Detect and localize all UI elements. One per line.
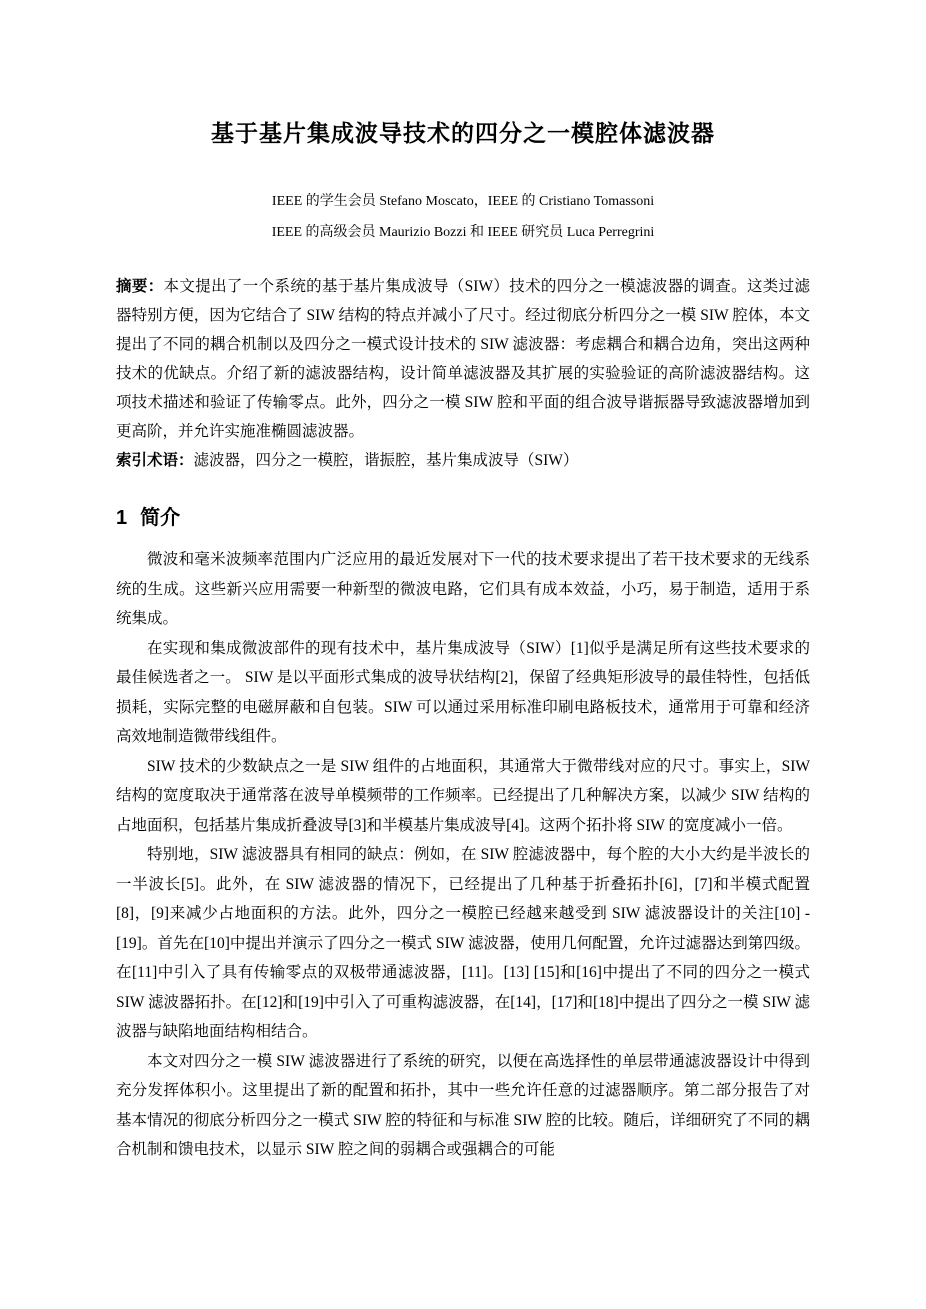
section-1-heading: 1简介 <box>116 505 810 531</box>
section-title: 简介 <box>140 507 180 529</box>
index-terms-text: 滤波器，四分之一模腔，谐振腔，基片集成波导（SIW） <box>194 452 579 469</box>
abstract-block: 摘要：本文提出了一个系统的基于基片集成波导（SIW）技术的四分之一模滤波器的调查… <box>116 272 810 475</box>
abstract-paragraph: 摘要：本文提出了一个系统的基于基片集成波导（SIW）技术的四分之一模滤波器的调查… <box>116 272 810 446</box>
body-paragraph-1: 微波和毫米波频率范围内广泛应用的最近发展对下一代的技术要求提出了若干技术要求的无… <box>116 545 810 634</box>
introduction-body: 微波和毫米波频率范围内广泛应用的最近发展对下一代的技术要求提出了若干技术要求的无… <box>116 545 810 1165</box>
author-block: IEEE 的学生会员 Stefano Moscato，IEEE 的 Cristi… <box>116 186 810 248</box>
body-paragraph-2: 在实现和集成微波部件的现有技术中，基片集成波导（SIW）[1]似乎是满足所有这些… <box>116 634 810 752</box>
author-line-1: IEEE 的学生会员 Stefano Moscato，IEEE 的 Cristi… <box>116 186 810 217</box>
body-paragraph-3: SIW 技术的少数缺点之一是 SIW 组件的占地面积，其通常大于微带线对应的尺寸… <box>116 752 810 841</box>
index-terms-label: 索引术语： <box>116 452 194 469</box>
abstract-text: 本文提出了一个系统的基于基片集成波导（SIW）技术的四分之一模滤波器的调查。这类… <box>116 278 810 440</box>
author-line-2: IEEE 的高级会员 Maurizio Bozzi 和 IEEE 研究员 Luc… <box>116 217 810 248</box>
paper-title: 基于基片集成波导技术的四分之一模腔体滤波器 <box>116 118 810 148</box>
document-page: 基于基片集成波导技术的四分之一模腔体滤波器 IEEE 的学生会员 Stefano… <box>0 0 926 1309</box>
index-terms-line: 索引术语：滤波器，四分之一模腔，谐振腔，基片集成波导（SIW） <box>116 446 810 475</box>
body-paragraph-4: 特别地，SIW 滤波器具有相同的缺点：例如，在 SIW 腔滤波器中，每个腔的大小… <box>116 840 810 1047</box>
abstract-label: 摘要： <box>116 278 164 295</box>
body-paragraph-5: 本文对四分之一模 SIW 滤波器进行了系统的研究，以便在高选择性的单层带通滤波器… <box>116 1047 810 1165</box>
section-number: 1 <box>116 507 127 529</box>
